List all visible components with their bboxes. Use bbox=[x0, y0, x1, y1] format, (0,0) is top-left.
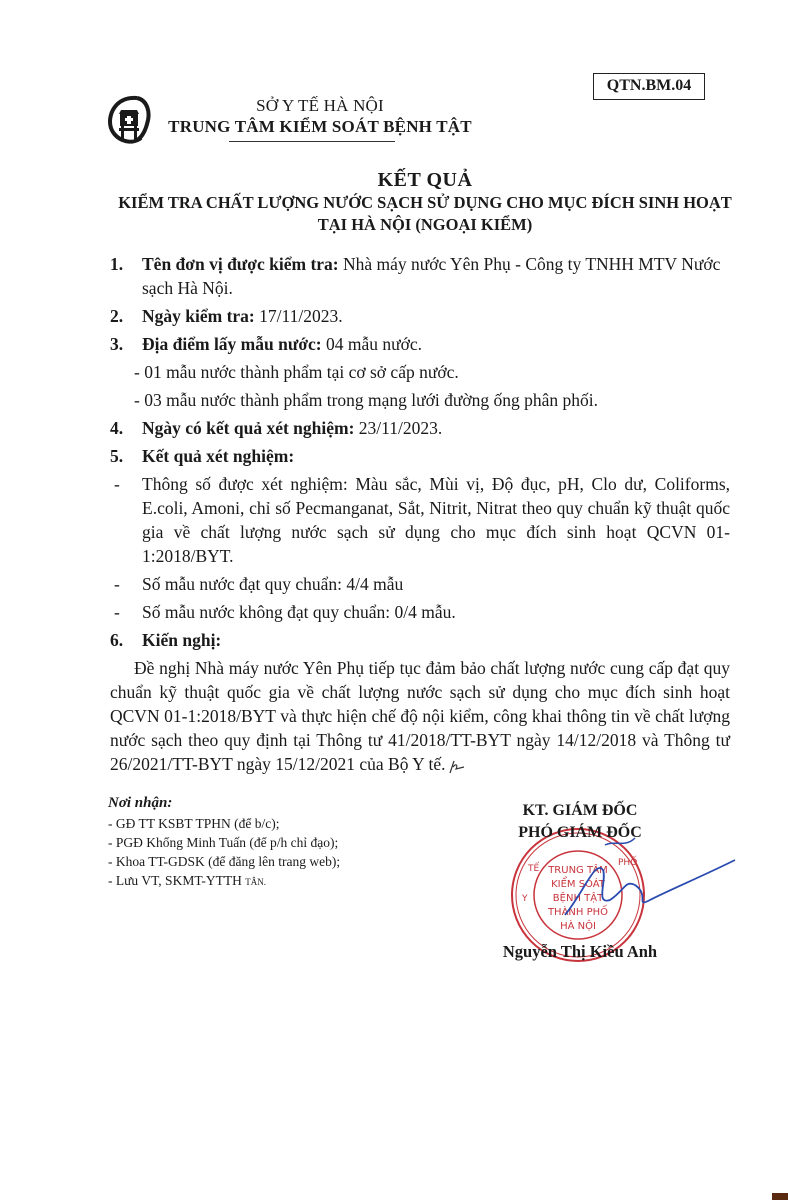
item-label: Tên đơn vị được kiểm tra: bbox=[142, 254, 339, 274]
recipients-block: Nơi nhận: - GĐ TT KSBT TPHN (để b/c); - … bbox=[108, 794, 428, 892]
item-label: Kết quả xét nghiệm: bbox=[142, 446, 294, 466]
recipient-item: - Lưu VT, SKMT-YTTH TÂN. bbox=[108, 871, 428, 892]
recipient-item: - GĐ TT KSBT TPHN (để b/c); bbox=[108, 814, 428, 833]
item-label: Ngày có kết quả xét nghiệm: bbox=[142, 418, 354, 438]
item-test-results: 5. Kết quả xét nghiệm: bbox=[110, 444, 730, 468]
result-text: Thông số được xét nghiệm: Màu sắc, Mùi v… bbox=[142, 474, 730, 566]
item-test-date: 2. Ngày kiểm tra: 17/11/2023. bbox=[110, 304, 730, 328]
initials-mark-icon bbox=[446, 757, 470, 775]
item-label: Kiến nghị: bbox=[142, 630, 221, 650]
org-name: TRUNG TÂM KIỂM SOÁT BỆNH TẬT bbox=[160, 116, 480, 138]
recommendation-text: Đề nghị Nhà máy nước Yên Phụ tiếp tục đả… bbox=[110, 658, 730, 774]
svg-text:Y: Y bbox=[521, 894, 528, 904]
sample-detail: - 03 mẫu nước thành phẩm trong mạng lưới… bbox=[110, 388, 730, 412]
header-divider bbox=[229, 141, 395, 142]
recommendation-paragraph: Đề nghị Nhà máy nước Yên Phụ tiếp tục đả… bbox=[110, 656, 730, 776]
item-number: 1. bbox=[110, 252, 123, 276]
result-bullet: -Thông số được xét nghiệm: Màu sắc, Mùi … bbox=[110, 472, 730, 568]
recipient-item: - Khoa TT-GDSK (để đăng lên trang web); bbox=[108, 852, 428, 871]
hanoi-logo-icon bbox=[107, 94, 151, 146]
title-line-2: KIỂM TRA CHẤT LƯỢNG NƯỚC SẠCH SỬ DỤNG CH… bbox=[60, 192, 788, 214]
handwritten-signature-icon bbox=[555, 820, 740, 930]
item-recommendation: 6. Kiến nghị: bbox=[110, 628, 730, 652]
item-value: 23/11/2023. bbox=[354, 418, 442, 438]
form-code-box: QTN.BM.04 bbox=[593, 73, 705, 100]
recipients-heading: Nơi nhận: bbox=[108, 794, 428, 813]
recipient-suffix: TÂN. bbox=[245, 877, 266, 887]
result-text: Số mẫu nước không đạt quy chuẩn: 0/4 mẫu… bbox=[142, 602, 456, 622]
item-label: Ngày kiểm tra: bbox=[142, 306, 255, 326]
result-text: Số mẫu nước đạt quy chuẩn: 4/4 mẫu bbox=[142, 574, 403, 594]
item-number: 4. bbox=[110, 416, 123, 440]
organization-header: SỞ Y TẾ HÀ NỘI TRUNG TÂM KIỂM SOÁT BỆNH … bbox=[160, 96, 480, 138]
recipient-item: - PGĐ Khổng Minh Tuấn (để p/h chỉ đạo); bbox=[108, 833, 428, 852]
item-number: 3. bbox=[110, 332, 123, 356]
sample-detail: - 01 mẫu nước thành phẩm tại cơ sở cấp n… bbox=[110, 360, 730, 384]
document-body: 1. Tên đơn vị được kiểm tra: Nhà máy nướ… bbox=[110, 252, 730, 794]
item-number: 5. bbox=[110, 444, 123, 468]
item-label: Địa điểm lấy mẫu nước: bbox=[142, 334, 322, 354]
item-sampling-location: 3. Địa điểm lấy mẫu nước: 04 mẫu nước. bbox=[110, 332, 730, 356]
title-main: KẾT QUẢ bbox=[60, 168, 788, 192]
signer-name: Nguyễn Thị Kiều Anh bbox=[470, 942, 690, 962]
scan-edge-mark bbox=[772, 1193, 788, 1200]
item-value: 04 mẫu nước. bbox=[322, 334, 422, 354]
item-value: 17/11/2023. bbox=[255, 306, 343, 326]
result-bullet: -Số mẫu nước đạt quy chuẩn: 4/4 mẫu bbox=[110, 572, 730, 596]
item-unit: 1. Tên đơn vị được kiểm tra: Nhà máy nướ… bbox=[110, 252, 730, 300]
item-number: 6. bbox=[110, 628, 123, 652]
svg-text:TẾ: TẾ bbox=[527, 862, 539, 874]
result-bullet: -Số mẫu nước không đạt quy chuẩn: 0/4 mẫ… bbox=[110, 600, 730, 624]
document-title: KẾT QUẢ KIỂM TRA CHẤT LƯỢNG NƯỚC SẠCH SỬ… bbox=[60, 168, 788, 236]
signature-line-1: KT. GIÁM ĐỐC bbox=[460, 800, 700, 822]
title-line-3: TẠI HÀ NỘI (NGOẠI KIỂM) bbox=[60, 214, 788, 236]
org-parent: SỞ Y TẾ HÀ NỘI bbox=[160, 96, 480, 116]
item-result-date: 4. Ngày có kết quả xét nghiệm: 23/11/202… bbox=[110, 416, 730, 440]
item-number: 2. bbox=[110, 304, 123, 328]
